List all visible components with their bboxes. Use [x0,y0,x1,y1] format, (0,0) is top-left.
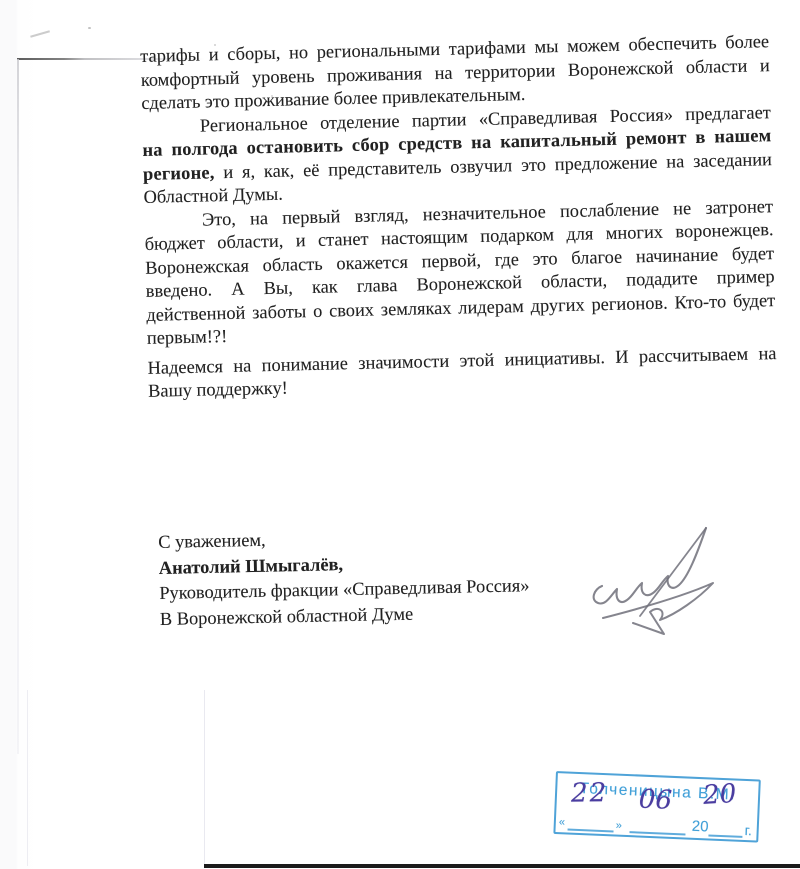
stamp-century-label: 20 [691,818,708,836]
stamp-year-underline [708,834,742,837]
date-stamp: Толченицына В.М. « » 20 г. 22 06 20 [553,771,760,843]
handwritten-day: 22 [571,778,608,808]
scanned-page: тарифы и сборы, но региональными тарифам… [0,0,800,869]
scan-fold-line-mid [204,690,205,864]
scan-paper-edge-left [17,59,19,754]
handwritten-month: 06 [638,785,672,816]
scan-fold-line-left [27,690,28,866]
scan-speck [88,27,91,29]
letter-body: тарифы и сборы, но региональными тарифам… [140,30,777,403]
signature-scribble-icon [570,512,740,652]
scan-scratch-mark [30,30,50,37]
stamp-day-underline [568,829,614,832]
stamp-quote-close: » [616,820,623,832]
stamp-quote-open: « [559,816,566,828]
handwritten-year: 20 [702,779,737,811]
closing-block: С уважением, Анатолий Шмыгалёв, Руководи… [158,522,530,632]
stamp-month-underline [629,831,685,835]
scan-bottom-edge-line [204,864,800,868]
stamp-year-suffix: г. [744,822,752,838]
bold-segment: регионе, [143,162,215,184]
